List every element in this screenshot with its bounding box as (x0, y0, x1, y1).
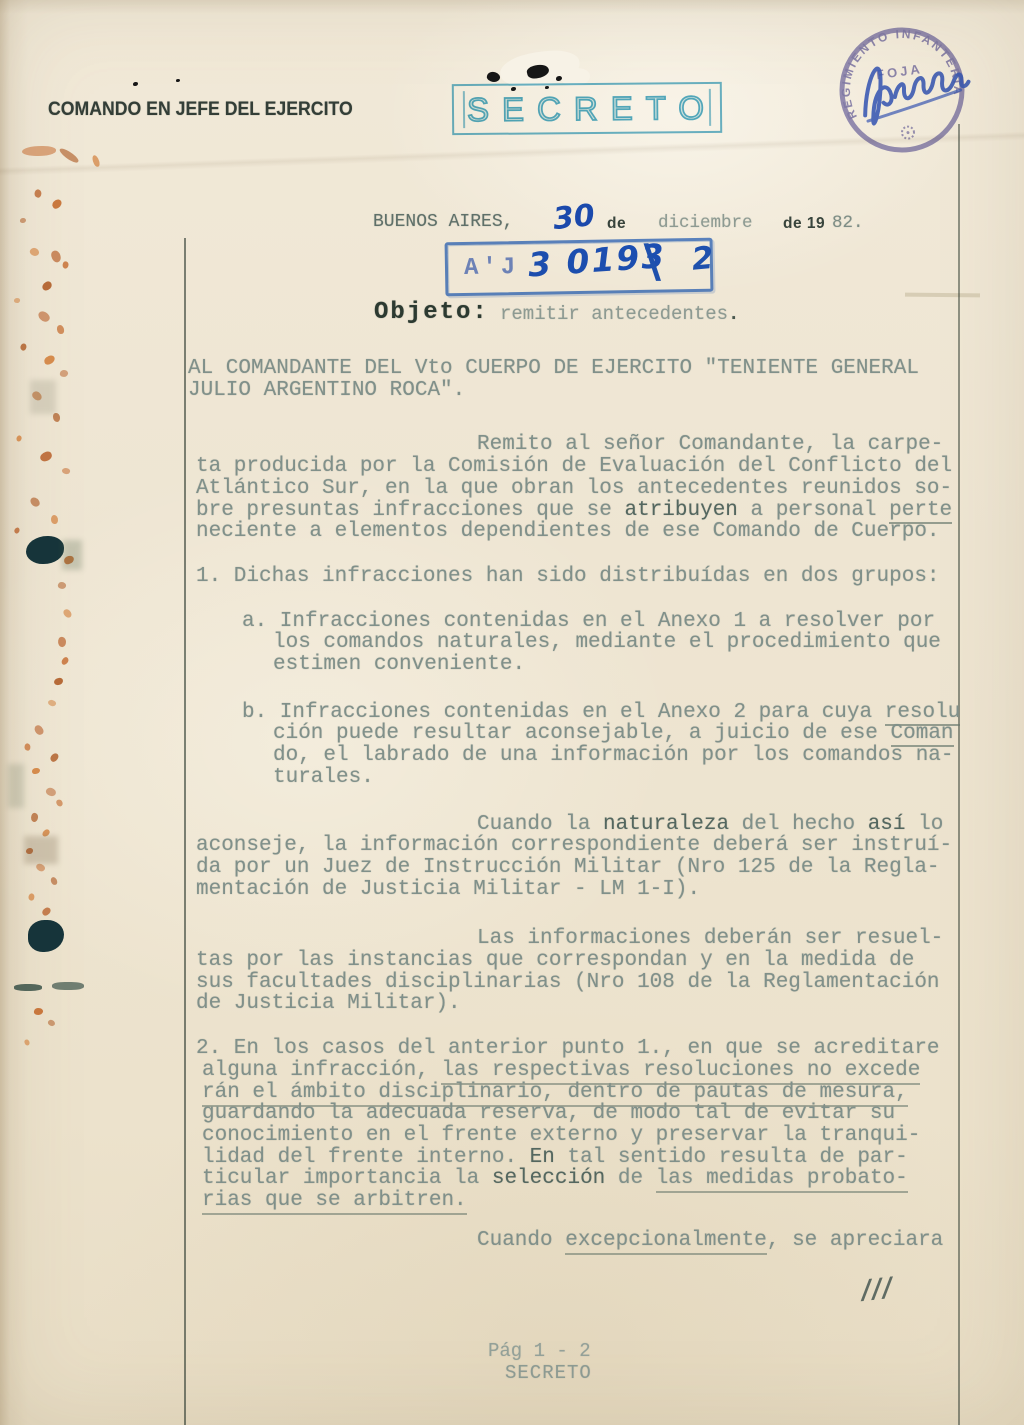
ink-dot (556, 76, 562, 81)
typed-text: alguna infracción, (202, 1059, 441, 1082)
typed-text: tal sentido resulta de par- (555, 1146, 908, 1169)
typed-text: guardando la adecuada reserva, de modo t… (202, 1102, 895, 1125)
underlined-text: rias que se arbitren. (202, 1189, 467, 1215)
rust-spot (49, 752, 60, 763)
text-line: turales. (186, 767, 991, 789)
rust-spot (34, 1007, 44, 1015)
rust-spot (56, 799, 64, 808)
rust-spot (61, 261, 69, 270)
rust-spot (41, 280, 54, 292)
typed-text: mentación de Justicia Militar - LM 1-I). (196, 878, 700, 901)
typed-text: a personal (738, 499, 889, 522)
typed-text: Las informaciones deberán ser resuel- (477, 927, 943, 950)
paragraph-7: 2. En los casos del anterior punto 1., e… (186, 1038, 991, 1212)
scanned-document-page: COMANDO EN JEFE DEL EJERCITO SECRETO REG… (0, 0, 1024, 1425)
text-line: ción puede resultar aconsejable, a juici… (186, 723, 991, 745)
rust-spot (50, 876, 58, 885)
typed-text: de (605, 1167, 655, 1190)
text-line: 1. Dichas infracciones han sido distribu… (186, 566, 991, 588)
text-line: JULIO ARGENTINO ROCA". (186, 380, 991, 402)
paragraph-8: Cuando excepcionalmente, se apreciara (186, 1230, 991, 1252)
text-line: a. Infracciones contenidas en el Anexo 1… (186, 611, 991, 633)
typed-text: 1. Dichas infracciones han sido distribu… (196, 565, 940, 588)
rust-spot (59, 369, 69, 378)
rust-spot (47, 698, 57, 707)
rust-spot (61, 467, 71, 475)
typed-text: ta producida por la Comisión de Evaluaci… (196, 455, 952, 478)
text-line: lidad del frente interno. En tal sentido… (186, 1147, 991, 1169)
rust-spot (47, 1018, 56, 1027)
typed-text: JULIO ARGENTINO ROCA". (188, 379, 465, 402)
ink-dot (526, 63, 550, 81)
rust-spot (22, 146, 56, 156)
rust-spot (57, 325, 65, 335)
rust-spot (54, 677, 64, 685)
text-line: mentación de Justicia Militar - LM 1-I). (186, 879, 991, 901)
text-line: Remito al señor Comandante, la carpe- (186, 434, 991, 456)
page-number: Pág 1 - 2 (488, 1340, 591, 1362)
typed-text: da por un Juez de Instrucción Militar (N… (196, 856, 940, 879)
typed-text: tas por las instancias que correspondan … (196, 949, 914, 972)
typed-text: turales. (273, 766, 374, 789)
text-line: Cuando excepcionalmente, se apreciara (186, 1230, 991, 1252)
rust-spot (51, 515, 59, 524)
registry-suffix: 2 (690, 240, 715, 278)
smudge (62, 540, 82, 570)
objeto-value: remitir antecedentes. (500, 303, 739, 325)
typed-text: lo (906, 813, 944, 836)
rust-spot (41, 906, 52, 916)
registry-number-stamp: A'J 3 0193 \ 2 (445, 238, 714, 297)
date-city: BUENOS AIRES, (373, 212, 513, 232)
text-line: alguna infracción, las respectivas resol… (186, 1060, 991, 1082)
rust-spot (91, 154, 100, 167)
paragraph-4: b. Infracciones contenidas en el Anexo 2… (186, 702, 991, 789)
footer-classification: SECRETO (505, 1362, 592, 1384)
pencil-smudge (905, 293, 980, 298)
typed-text: neciente a elementos dependientes de ese… (196, 520, 940, 543)
objeto-label: Objeto: (374, 299, 489, 326)
secreto-stamp-text: SECRETO (457, 88, 717, 128)
typed-text: del hecho (729, 813, 868, 836)
text-line: Cuando la naturaleza del hecho así lo (186, 814, 991, 836)
typed-text: de Justicia Militar). (196, 992, 461, 1015)
typed-text: sus facultades disciplinarias (Nro 108 d… (196, 971, 940, 994)
rust-spot (31, 390, 43, 403)
text-line: bre presuntas infracciones que se atribu… (186, 500, 991, 522)
text-line: rias que se arbitren. (186, 1190, 991, 1212)
paragraph-0: AL COMANDANTE DEL Vto CUERPO DE EJERCITO… (186, 358, 991, 401)
ink-dot (133, 82, 138, 86)
rust-spot (63, 555, 74, 565)
rust-spot (57, 636, 66, 647)
typed-text: Atlántico Sur, en la que obran los antec… (196, 477, 952, 500)
rust-spot (62, 608, 72, 619)
rust-spot (24, 1039, 30, 1046)
date-year: 82. (832, 213, 864, 233)
typed-text: a. Infracciones contenidas en el Anexo 1… (242, 610, 935, 633)
rust-spot (24, 743, 32, 751)
ink-blot (28, 920, 64, 952)
rust-spot (30, 812, 40, 823)
underlined-text: las medidas probato- (656, 1167, 908, 1193)
date-de19-label: de 19 (783, 215, 825, 233)
rust-spot (41, 828, 51, 837)
typed-text: así (868, 813, 906, 836)
typed-text: estimen conveniente. (273, 653, 525, 676)
letterhead-title: COMANDO EN JEFE DEL EJERCITO (48, 99, 353, 121)
rust-spot (26, 848, 33, 854)
rust-spot (37, 309, 52, 324)
typed-text: En (530, 1146, 555, 1169)
text-line: 2. En los casos del anterior punto 1., e… (186, 1038, 991, 1060)
ink-blot (26, 536, 64, 564)
text-line: estimen conveniente. (186, 654, 991, 676)
rust-spot (53, 413, 60, 422)
text-line: tas por las instancias que correspondan … (186, 950, 991, 972)
text-line: da por un Juez de Instrucción Militar (N… (186, 857, 991, 879)
typed-text: los comandos naturales, mediante el proc… (273, 631, 941, 654)
text-line: conocimiento en el frente externo y pres… (186, 1125, 991, 1147)
typed-text: lidad del frente interno. (202, 1146, 530, 1169)
rust-spot (32, 768, 40, 774)
typed-text: do, el labrado de una información por lo… (273, 744, 954, 767)
rust-spot (20, 218, 26, 224)
rust-spot (60, 656, 70, 666)
rust-spot (14, 298, 21, 304)
date-month: diciembre (658, 213, 753, 233)
rust-spot (50, 250, 61, 263)
stamp-emblem-dot (906, 131, 909, 134)
typed-text: bre presuntas infracciones que se (196, 499, 624, 522)
registry-prefix: A'J (464, 254, 520, 282)
text-line: Las informaciones deberán ser resuel- (186, 928, 991, 950)
typed-text: aconseje, la información correspondiente… (196, 834, 952, 857)
typed-text: ticular importancia la (202, 1167, 492, 1190)
typed-text: b. Infracciones contenidas en el Anexo 2… (242, 701, 885, 724)
text-line: neciente a elementos dependientes de ese… (186, 521, 991, 543)
text-line: Atlántico Sur, en la que obran los antec… (186, 478, 991, 500)
handwritten-day: 30 (551, 198, 596, 237)
text-line: aconseje, la información correspondiente… (186, 835, 991, 857)
typed-text: selección (492, 1167, 605, 1190)
rust-spot (57, 581, 67, 591)
rust-spot (43, 354, 56, 366)
typed-text: naturaleza (603, 813, 729, 836)
rust-spot (33, 724, 44, 736)
paragraph-3: a. Infracciones contenidas en el Anexo 1… (186, 611, 991, 676)
objeto-period: . (728, 303, 739, 325)
text-line: AL COMANDANTE DEL Vto CUERPO DE EJERCITO… (186, 358, 991, 380)
regimiento-round-stamp: REGIMIENTO INFANTERIA 25 FOJA (818, 6, 985, 173)
rust-spot (13, 527, 21, 535)
registry-slash-mark: \ (643, 234, 661, 288)
rust-spot (28, 246, 40, 258)
text-line: de Justicia Militar). (186, 993, 991, 1015)
rust-spot (19, 342, 28, 351)
text-line: sus facultades disciplinarias (Nro 108 d… (186, 972, 991, 994)
rust-spot (45, 786, 58, 798)
rust-spot (35, 862, 46, 873)
paragraph-2: 1. Dichas infracciones han sido distribu… (186, 566, 991, 588)
smudge (8, 764, 24, 808)
rust-spot (15, 435, 23, 443)
text-line: b. Infracciones contenidas en el Anexo 2… (186, 702, 991, 724)
secreto-stamp: SECRETO (452, 82, 722, 135)
rust-spot (29, 496, 41, 509)
smudge (30, 380, 56, 414)
typed-text: AL COMANDANTE DEL Vto CUERPO DE EJERCITO… (188, 357, 919, 380)
text-line: los comandos naturales, mediante el proc… (186, 632, 991, 654)
text-line: ticular importancia la selección de las … (186, 1168, 991, 1190)
typed-text: conocimiento en el frente externo y pres… (202, 1124, 920, 1147)
text-line: rán el ámbito disciplinario, dentro de p… (186, 1082, 991, 1104)
typed-text: , se apreciara (767, 1229, 943, 1252)
rust-spot (33, 189, 42, 199)
date-de-label: de (607, 215, 626, 233)
text-line: guardando la adecuada reserva, de modo t… (186, 1103, 991, 1125)
text-line: do, el labrado de una información por lo… (186, 745, 991, 767)
text-line: ta producida por la Comisión de Evaluaci… (186, 456, 991, 478)
rust-spot (58, 146, 80, 165)
rust-spot (51, 198, 64, 210)
ink-dot (176, 79, 180, 82)
smudge (24, 836, 58, 864)
underlined-text: excepcionalmente (565, 1229, 767, 1255)
ink-dash (52, 982, 84, 990)
typed-text: 2. En los casos del anterior punto 1., e… (196, 1037, 940, 1060)
typed-text: Cuando la (477, 813, 603, 836)
typed-text: Remito al señor Comandante, la carpe- (477, 433, 943, 456)
typed-text: ción puede resultar aconsejable, a juici… (273, 722, 891, 745)
typed-text: Cuando (477, 1229, 565, 1252)
paragraph-5: Cuando la naturaleza del hecho así loaco… (186, 814, 991, 901)
paragraph-1: Remito al señor Comandante, la carpe-ta … (186, 434, 991, 543)
continuation-mark: /// (861, 1272, 895, 1305)
ink-dash (14, 984, 42, 991)
typed-text: atribuyen (624, 499, 737, 522)
paragraph-6: Las informaciones deberán ser resuel-tas… (186, 928, 991, 1015)
rust-spot (27, 893, 35, 902)
rust-spot (39, 450, 53, 462)
document-body: AL COMANDANTE DEL Vto CUERPO DE EJERCITO… (186, 358, 991, 1252)
ink-dot (486, 70, 502, 84)
